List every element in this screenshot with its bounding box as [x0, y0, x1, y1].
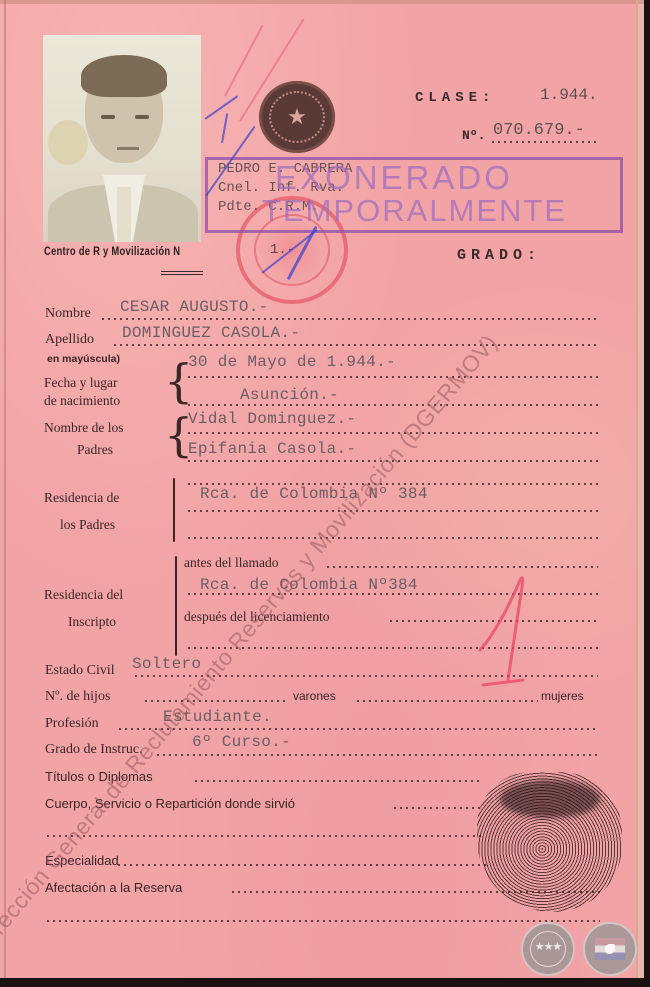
page-edge-left — [4, 0, 6, 978]
clase-value: 1.944. — [540, 86, 598, 104]
estado-civil-value: Soltero — [132, 655, 201, 673]
red-pencil-number-mark — [478, 570, 538, 690]
varones-label: varones — [293, 689, 336, 703]
antes-llamado-label: antes del llamado — [184, 555, 278, 571]
madre-value: Epifania Casola.- — [188, 440, 356, 458]
brace — [175, 556, 177, 656]
nacimiento-label-2: de nacimiento — [44, 393, 120, 409]
clase-label: CLASE: — [415, 90, 495, 106]
residencia-padres-label-2: los Padres — [60, 517, 115, 533]
padre-value: Vidal Dominguez.- — [188, 410, 356, 428]
divider — [161, 274, 203, 275]
lugar-nacimiento-value: Asunción.- — [240, 386, 339, 404]
exonerado-stamp-line1: EXONERADO — [275, 159, 513, 197]
profesion-label: Profesión — [45, 716, 99, 732]
padres-label-1: Nombre de los — [44, 420, 123, 436]
numero-value: 070.679.- — [493, 121, 585, 140]
apellido-value: DOMINGUEZ CASOLA.- — [122, 324, 300, 342]
residencia-inscripto-label-2: Inscripto — [68, 614, 116, 630]
apellido-sublabel: en mayúscula) — [47, 353, 120, 365]
residencia-inscripto-label-1: Residencia del — [44, 587, 123, 603]
afectacion-label: Afectación a la Reserva — [45, 880, 182, 895]
estado-civil-label: Estado Civil — [45, 663, 115, 679]
fecha-nacimiento-value: 30 de Mayo de 1.944.- — [188, 353, 396, 371]
grado-instruccion-value: 6º Curso.- — [192, 733, 291, 751]
page-edge-top — [0, 0, 644, 4]
centro-label: Centro de R y Movilización N — [44, 246, 180, 258]
exonerado-stamp-line2: TEMPORALMENTE — [262, 193, 567, 229]
portrait-photo — [43, 35, 201, 242]
republic-seal-icon: ★ — [259, 81, 335, 153]
grado-label: GRADO: — [457, 247, 541, 264]
divider — [161, 271, 203, 272]
institution-logo-icon: ★★★ — [521, 922, 575, 976]
nombre-value: CESAR AUGUSTO.- — [120, 298, 269, 316]
page-edge-right — [636, 0, 638, 978]
paraguay-logo-icon — [583, 922, 637, 976]
nacimiento-label-1: Fecha y lugar — [44, 375, 117, 391]
brace — [173, 478, 175, 542]
residencia-padres-value: Rca. de Colombia Nº 384 — [200, 485, 428, 503]
blue-pen-signature — [221, 113, 228, 143]
document-page: Centro de R y Movilización N 1.- ★ PEDRO… — [0, 0, 644, 978]
apellido-label: Apellido — [45, 332, 94, 348]
residencia-padres-label-1: Residencia de — [44, 490, 119, 506]
antes-llamado-value: Rca. de Colombia Nº384 — [200, 576, 418, 594]
hijos-label: Nº. de hijos — [45, 689, 110, 705]
thumbprint-shadow — [500, 780, 600, 818]
numero-label: Nº. — [462, 128, 485, 143]
nombre-label: Nombre — [45, 306, 91, 322]
mujeres-label: mujeres — [541, 689, 584, 703]
padres-label-2: Padres — [77, 442, 113, 458]
blue-pen-signature — [204, 95, 238, 120]
red-pencil-stroke — [224, 25, 263, 97]
